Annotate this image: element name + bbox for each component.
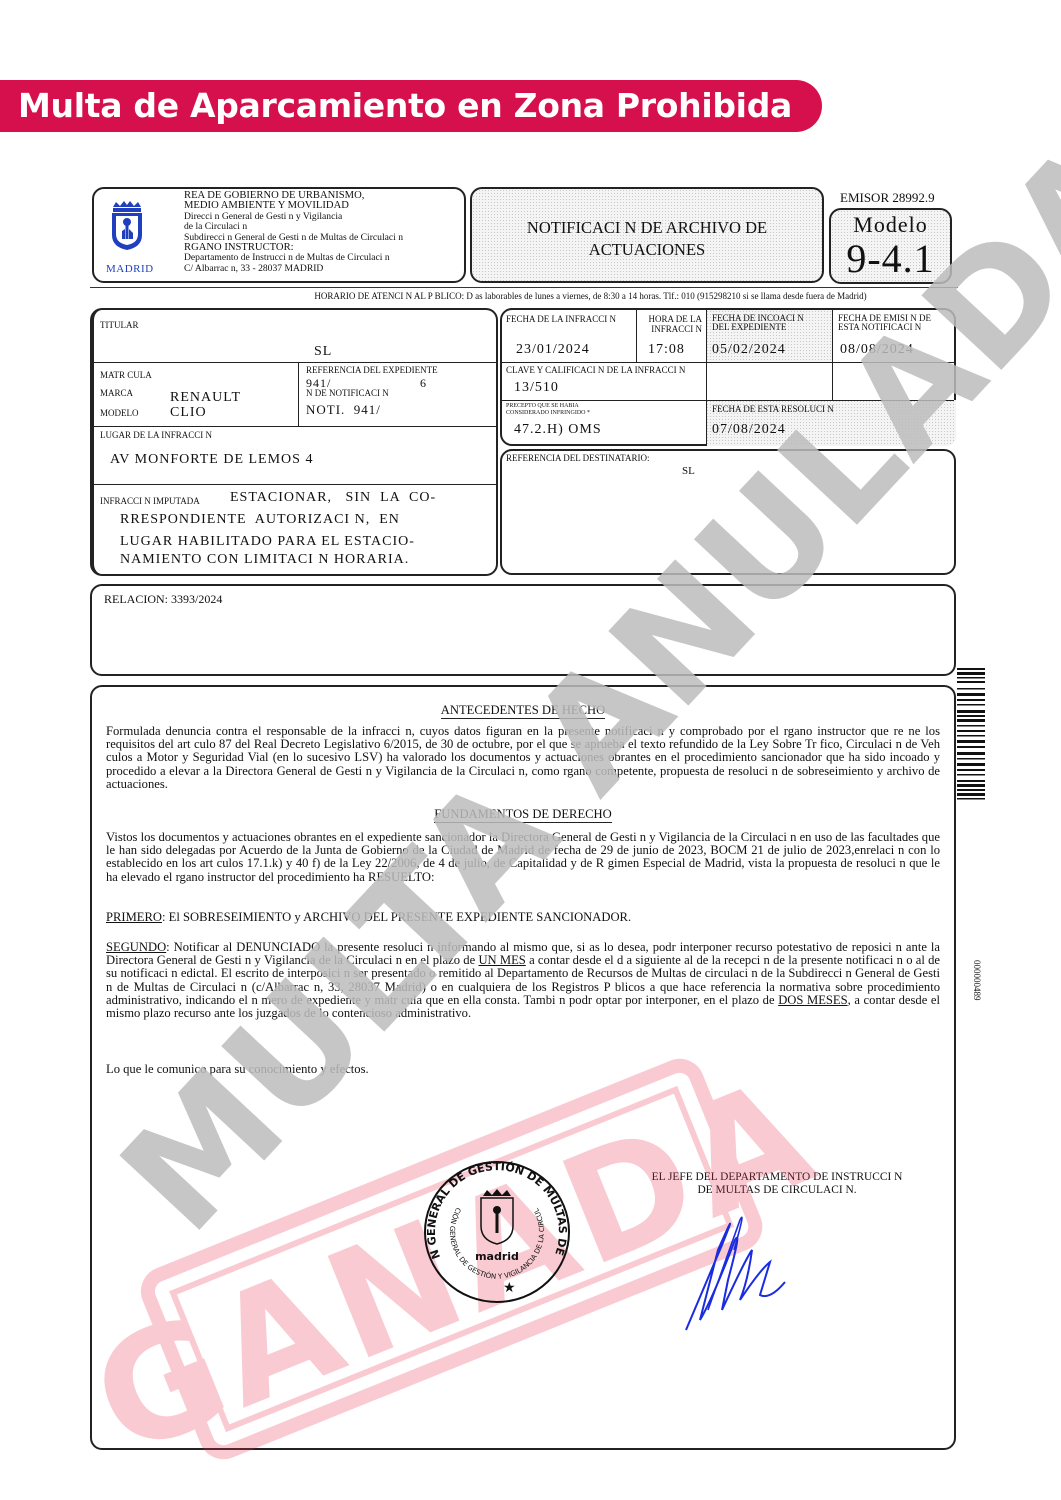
opening-hours: HORARIO DE ATENCI N AL P BLICO: D as lab… [0, 291, 1061, 301]
recipient-reference-block: REFERENCIA DEL DESTINATARIO: SL [500, 449, 956, 575]
resolution-block: ANTECEDENTES DE HECHO Formulada denuncia… [90, 685, 956, 1450]
hora-value: 17:08 [648, 342, 685, 358]
divider [94, 362, 496, 363]
destinatario-value: SL [682, 465, 695, 477]
divider [94, 426, 496, 427]
infraccion-label: INFRACCI N IMPUTADA [100, 496, 200, 506]
divider [298, 362, 299, 426]
infraccion-line: NAMIENTO CON LIMITACI N HORARIA. [120, 552, 409, 568]
fundamentos-title: FUNDAMENTOS DE DERECHO [92, 807, 954, 822]
titular-value: SL [314, 344, 332, 360]
lugar-value: AV MONFORTE DE LEMOS 4 [110, 452, 313, 468]
antecedentes-text: Formulada denuncia contra el responsable… [106, 725, 940, 791]
divider [94, 484, 496, 485]
fecha-resolucion-value: 07/08/2024 [712, 422, 786, 438]
fecha-emision-label: FECHA DE EMISI N DE ESTA NOTIFICACI N [838, 314, 931, 332]
modelo-vehiculo-label: MODELO [100, 408, 139, 418]
ref-expediente-label: REFERENCIA DEL EXPEDIENTE [306, 365, 438, 375]
relation-block: RELACION: 3393/2024 [90, 584, 956, 676]
segundo-paragraph: SEGUNDO: Notificar al DENUNCIADO la pres… [106, 941, 940, 1020]
modelo-label: Modelo [831, 212, 950, 238]
marca-value: RENAULT [170, 390, 241, 406]
infraccion-line: RRESPONDIENTE AUTORIZACI N, EN [120, 512, 400, 528]
document-title: NOTIFICACI N DE ARCHIVO DE ACTUACIONES [472, 217, 822, 261]
modelo-vehiculo-value: CLIO [170, 405, 207, 421]
document-title-box: NOTIFICACI N DE ARCHIVO DE ACTUACIONES [470, 187, 824, 283]
modelo-number: 9-4.1 [831, 236, 950, 282]
fecha-infraccion-label: FECHA DE LA INFRACCI N [506, 314, 616, 324]
emisor-code: EMISOR 28992.9 [840, 190, 935, 206]
fecha-incoacion-label: FECHA DE INCOACI N DEL EXPEDIENTE [712, 314, 804, 332]
modelo-box: Modelo 9-4.1 [829, 208, 952, 284]
barcode [957, 668, 987, 802]
issuer-header: MADRID REA DE GOBIERNO DE URBANISMO, MED… [92, 187, 466, 283]
infraccion-line: ESTACIONAR, SIN LA CO- [230, 490, 436, 506]
clave-label: CLAVE Y CALIFICACI N DE LA INFRACCI N [506, 365, 685, 375]
divider [502, 362, 954, 363]
fecha-emision-value: 08/08/2024 [840, 342, 914, 358]
infraccion-line: LUGAR HABILITADO PARA EL ESTACIO- [120, 534, 415, 550]
titular-block: TITULAR SL MATR CULA MARCA RENAULT MODEL… [90, 308, 498, 576]
signatory-title: EL JEFE DEL DEPARTAMENTO DE INSTRUCCI N … [612, 1171, 942, 1197]
fecha-resolucion-label: FECHA DE ESTA RESOLUCI N [712, 404, 834, 414]
precepto-value: 47.2.H) OMS [514, 422, 602, 438]
antecedentes-title: ANTECEDENTES DE HECHO [92, 703, 954, 718]
titular-label: TITULAR [100, 320, 139, 330]
hora-label: HORA DE LA INFRACCI N [646, 314, 702, 334]
divider [90, 287, 958, 288]
fecha-infraccion-value: 23/01/2024 [516, 342, 590, 358]
lugar-label: LUGAR DE LA INFRACCI N [100, 430, 212, 440]
precepto-label: PRECEPTO QUE SE HABIA CONSIDERADO INFRIN… [506, 403, 590, 417]
num-notificacion-label: N DE NOTIFICACI N [306, 388, 389, 398]
destinatario-label: REFERENCIA DEL DESTINATARIO: [506, 453, 649, 463]
divider [636, 310, 637, 362]
relacion-text: RELACION: 3393/2024 [104, 592, 222, 607]
fundamentos-text: Vistos los documentos y actuaciones obra… [106, 831, 940, 884]
infraction-data-block: FECHA DE LA INFRACCI N 23/01/2024 HORA D… [500, 308, 956, 446]
divider [502, 400, 954, 401]
closing-text: Lo que le comunico para su conocimiento … [106, 1063, 940, 1076]
marca-label: MARCA [100, 388, 133, 398]
title-banner: Multa de Aparcamiento en Zona Prohibida [0, 80, 822, 132]
clave-value: 13/510 [514, 380, 559, 396]
issuer-lines: REA DE GOBIERNO DE URBANISMO, MEDIO AMBI… [184, 191, 403, 274]
matricula-label: MATR CULA [100, 370, 152, 380]
fecha-incoacion-value: 05/02/2024 [712, 342, 786, 358]
divider [706, 310, 707, 446]
num-notificacion-value: NOTI. 941/ [306, 402, 381, 418]
logo-text: MADRID [106, 263, 154, 275]
primero-paragraph: PRIMERO: El SOBRESEIMIENTO y ARCHIVO DEL… [106, 911, 940, 924]
page-title: Multa de Aparcamiento en Zona Prohibida [18, 84, 792, 128]
madrid-coat-of-arms-icon [110, 199, 144, 251]
ref-expediente-suffix: 6 [420, 376, 426, 391]
divider [832, 310, 833, 400]
document-side-code: 000000489 [972, 960, 982, 1040]
